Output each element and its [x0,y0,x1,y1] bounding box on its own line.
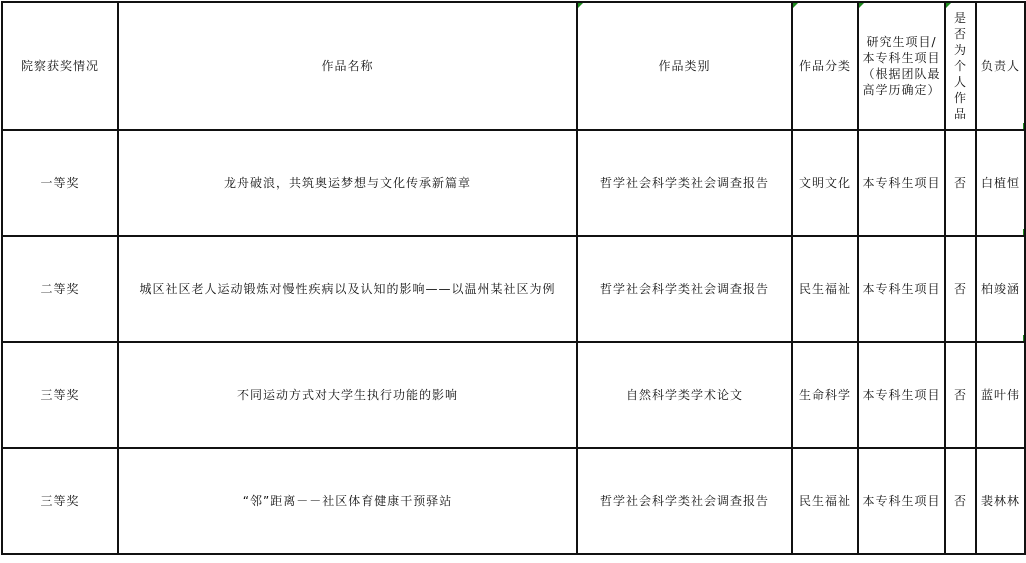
header-individual-cell[interactable]: 是否为个人作品 [945,2,976,130]
project-level-value: 本专科生项目 [862,282,940,296]
award-value: 一等奖 [40,176,79,190]
comment-marker-icon [859,3,864,8]
header-title-cell[interactable]: 作品名称 [118,2,577,130]
classification-value: 生命科学 [799,388,851,402]
header-individual: 是否为个人作品 [954,10,968,122]
comment-marker-icon [793,3,798,8]
leader-value: 裴林林 [981,494,1020,508]
leader-cell[interactable]: 蓝叶伟 [976,342,1025,448]
project-level-cell[interactable]: 本专科生项目 [858,342,945,448]
header-project-level-cell[interactable]: 研究生项目/本专科生项目（根据团队最高学历确定） [858,2,945,130]
title-cell[interactable]: 不同运动方式对大学生执行功能的影响 [118,342,577,448]
header-project-level: 研究生项目/本专科生项目（根据团队最高学历确定） [862,35,940,97]
individual-value: 否 [954,176,967,190]
leader-cell[interactable]: 柏竣涵 [976,236,1025,342]
category-value: 哲学社会科学类社会调查报告 [600,282,769,296]
classification-cell[interactable]: 民生福祉 [792,448,858,554]
leader-value: 蓝叶伟 [981,388,1020,402]
award-value: 三等奖 [40,388,79,402]
award-cell[interactable]: 一等奖 [2,130,118,236]
project-level-cell[interactable]: 本专科生项目 [858,236,945,342]
award-cell[interactable]: 二等奖 [2,236,118,342]
header-award: 院察获奖情况 [21,59,99,73]
comment-marker-icon [1023,229,1025,236]
award-cell[interactable]: 三等奖 [2,448,118,554]
project-level-value: 本专科生项目 [862,388,940,402]
individual-cell[interactable]: 否 [945,130,976,236]
award-table: 院察获奖情况 作品名称 作品类别 作品分类 研究生项目/本专科生项目（根据团队最… [1,1,1026,555]
classification-cell[interactable]: 民生福祉 [792,236,858,342]
category-value: 自然科学类学术论文 [626,388,743,402]
award-value: 二等奖 [40,282,79,296]
individual-value: 否 [954,494,967,508]
classification-cell[interactable]: 生命科学 [792,342,858,448]
header-classification: 作品分类 [799,59,851,73]
leader-cell[interactable]: 白植恒 [976,130,1025,236]
category-value: 哲学社会科学类社会调查报告 [600,176,769,190]
category-value: 哲学社会科学类社会调查报告 [600,494,769,508]
table-row: 三等奖 “邻”距离－－社区体育健康干预驿站 哲学社会科学类社会调查报告 民生福祉… [2,448,1025,554]
header-category: 作品类别 [658,59,710,73]
header-award-cell[interactable]: 院察获奖情况 [2,2,118,130]
classification-value: 民生福祉 [799,494,851,508]
title-value: 龙舟破浪，共筑奥运梦想与文化传承新篇章 [224,176,471,190]
title-value: 城区社区老人运动锻炼对慢性疾病以及认知的影响——以温州某社区为例 [139,282,555,296]
header-leader: 负责人 [981,59,1020,73]
project-level-value: 本专科生项目 [862,494,940,508]
title-value: “邻”距离－－社区体育健康干预驿站 [243,494,452,508]
classification-value: 民生福祉 [799,282,851,296]
comment-marker-icon [946,3,951,8]
project-level-cell[interactable]: 本专科生项目 [858,448,945,554]
title-cell[interactable]: 城区社区老人运动锻炼对慢性疾病以及认知的影响——以温州某社区为例 [118,236,577,342]
individual-cell[interactable]: 否 [945,236,976,342]
leader-value: 柏竣涵 [981,282,1020,296]
project-level-value: 本专科生项目 [862,176,940,190]
title-cell[interactable]: “邻”距离－－社区体育健康干预驿站 [118,448,577,554]
comment-marker-icon [1023,123,1025,130]
individual-cell[interactable]: 否 [945,342,976,448]
individual-cell[interactable]: 否 [945,448,976,554]
table-row: 二等奖 城区社区老人运动锻炼对慢性疾病以及认知的影响——以温州某社区为例 哲学社… [2,236,1025,342]
individual-value: 否 [954,388,967,402]
classification-value: 文明文化 [799,176,851,190]
leader-cell[interactable]: 裴林林 [976,448,1025,554]
table-row: 一等奖 龙舟破浪，共筑奥运梦想与文化传承新篇章 哲学社会科学类社会调查报告 文明… [2,130,1025,236]
title-value: 不同运动方式对大学生执行功能的影响 [237,388,458,402]
award-value: 三等奖 [40,494,79,508]
category-cell[interactable]: 哲学社会科学类社会调查报告 [577,130,792,236]
classification-cell[interactable]: 文明文化 [792,130,858,236]
individual-value: 否 [954,282,967,296]
comment-marker-icon [578,3,583,8]
comment-marker-icon [1023,335,1025,342]
header-category-cell[interactable]: 作品类别 [577,2,792,130]
header-row: 院察获奖情况 作品名称 作品类别 作品分类 研究生项目/本专科生项目（根据团队最… [2,2,1025,130]
leader-value: 白植恒 [981,176,1020,190]
table-row: 三等奖 不同运动方式对大学生执行功能的影响 自然科学类学术论文 生命科学 本专科… [2,342,1025,448]
header-title: 作品名称 [321,59,373,73]
header-leader-cell[interactable]: 负责人 [976,2,1025,130]
project-level-cell[interactable]: 本专科生项目 [858,130,945,236]
header-classification-cell[interactable]: 作品分类 [792,2,858,130]
category-cell[interactable]: 哲学社会科学类社会调查报告 [577,236,792,342]
award-cell[interactable]: 三等奖 [2,342,118,448]
category-cell[interactable]: 自然科学类学术论文 [577,342,792,448]
title-cell[interactable]: 龙舟破浪，共筑奥运梦想与文化传承新篇章 [118,130,577,236]
category-cell[interactable]: 哲学社会科学类社会调查报告 [577,448,792,554]
